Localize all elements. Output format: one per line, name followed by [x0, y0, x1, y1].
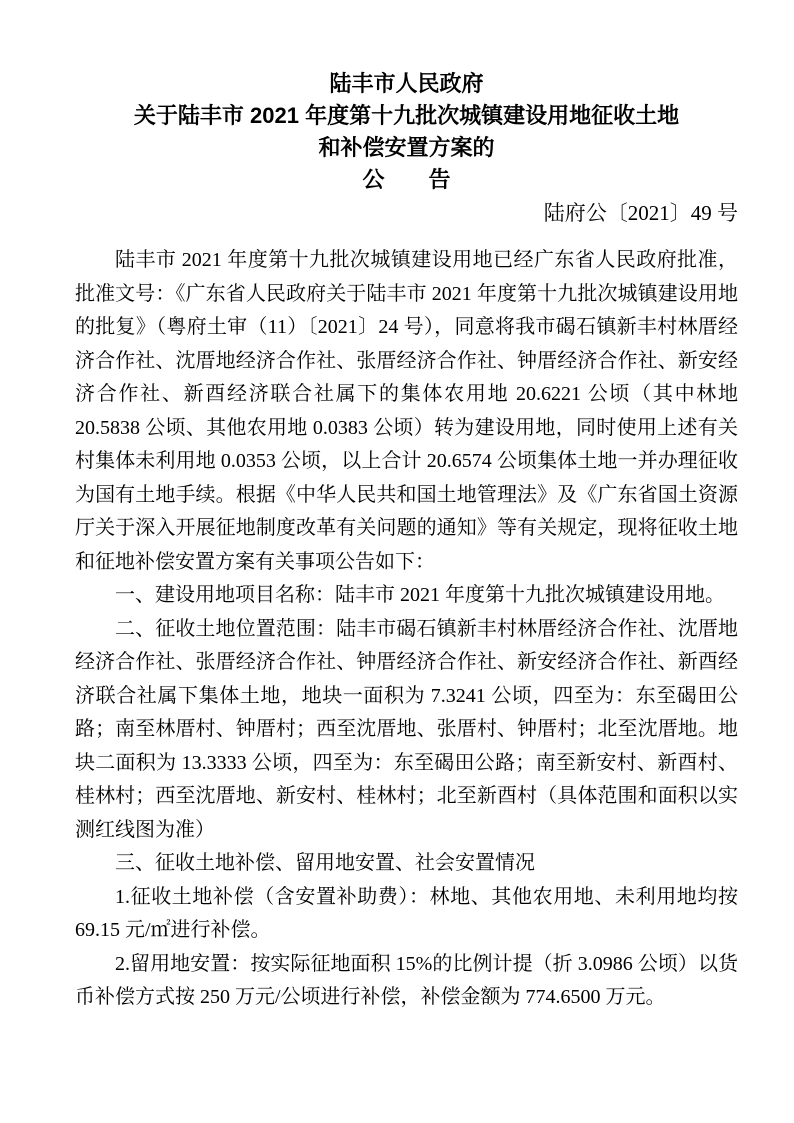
document-body: 陆丰市 2021 年度第十九批次城镇建设用地已经广东省人民政府批准，批准文号：《… [75, 244, 738, 1015]
announcement-page: 陆丰市人民政府 关于陆丰市 2021 年度第十九批次城镇建设用地征收土地 和补偿… [0, 0, 794, 1123]
paragraph-section-3-heading: 三、征收土地补偿、留用地安置、社会安置情况 [75, 847, 738, 881]
title-announcement-label: 公 告 [75, 164, 738, 196]
title-subject-line-1: 关于陆丰市 2021 年度第十九批次城镇建设用地征收土地 [75, 100, 738, 132]
paragraph-item-2-reserved-land: 2.留用地安置：按实际征地面积 15%的比例计提（折 3.0986 公顷）以货币… [75, 948, 738, 1015]
document-reference-number: 陆府公〔2021〕49 号 [75, 198, 738, 228]
page-content: 陆丰市人民政府 关于陆丰市 2021 年度第十九批次城镇建设用地征收土地 和补偿… [75, 68, 738, 1015]
paragraph-section-1-project-name: 一、建设用地项目名称：陆丰市 2021 年度第十九批次城镇建设用地。 [75, 579, 738, 613]
paragraph-item-1-compensation: 1.征收土地补偿（含安置补助费）：林地、其他农用地、未利用地均按 69.15 元… [75, 881, 738, 948]
paragraph-section-2-land-location: 二、征收土地位置范围：陆丰市碣石镇新丰村林厝经济合作社、沈厝地经济合作社、张厝经… [75, 613, 738, 848]
paragraph-approval-intro: 陆丰市 2021 年度第十九批次城镇建设用地已经广东省人民政府批准，批准文号：《… [75, 244, 738, 579]
document-title: 陆丰市人民政府 关于陆丰市 2021 年度第十九批次城镇建设用地征收土地 和补偿… [75, 68, 738, 196]
title-subject-line-2: 和补偿安置方案的 [75, 132, 738, 164]
title-issuing-authority: 陆丰市人民政府 [75, 68, 738, 100]
